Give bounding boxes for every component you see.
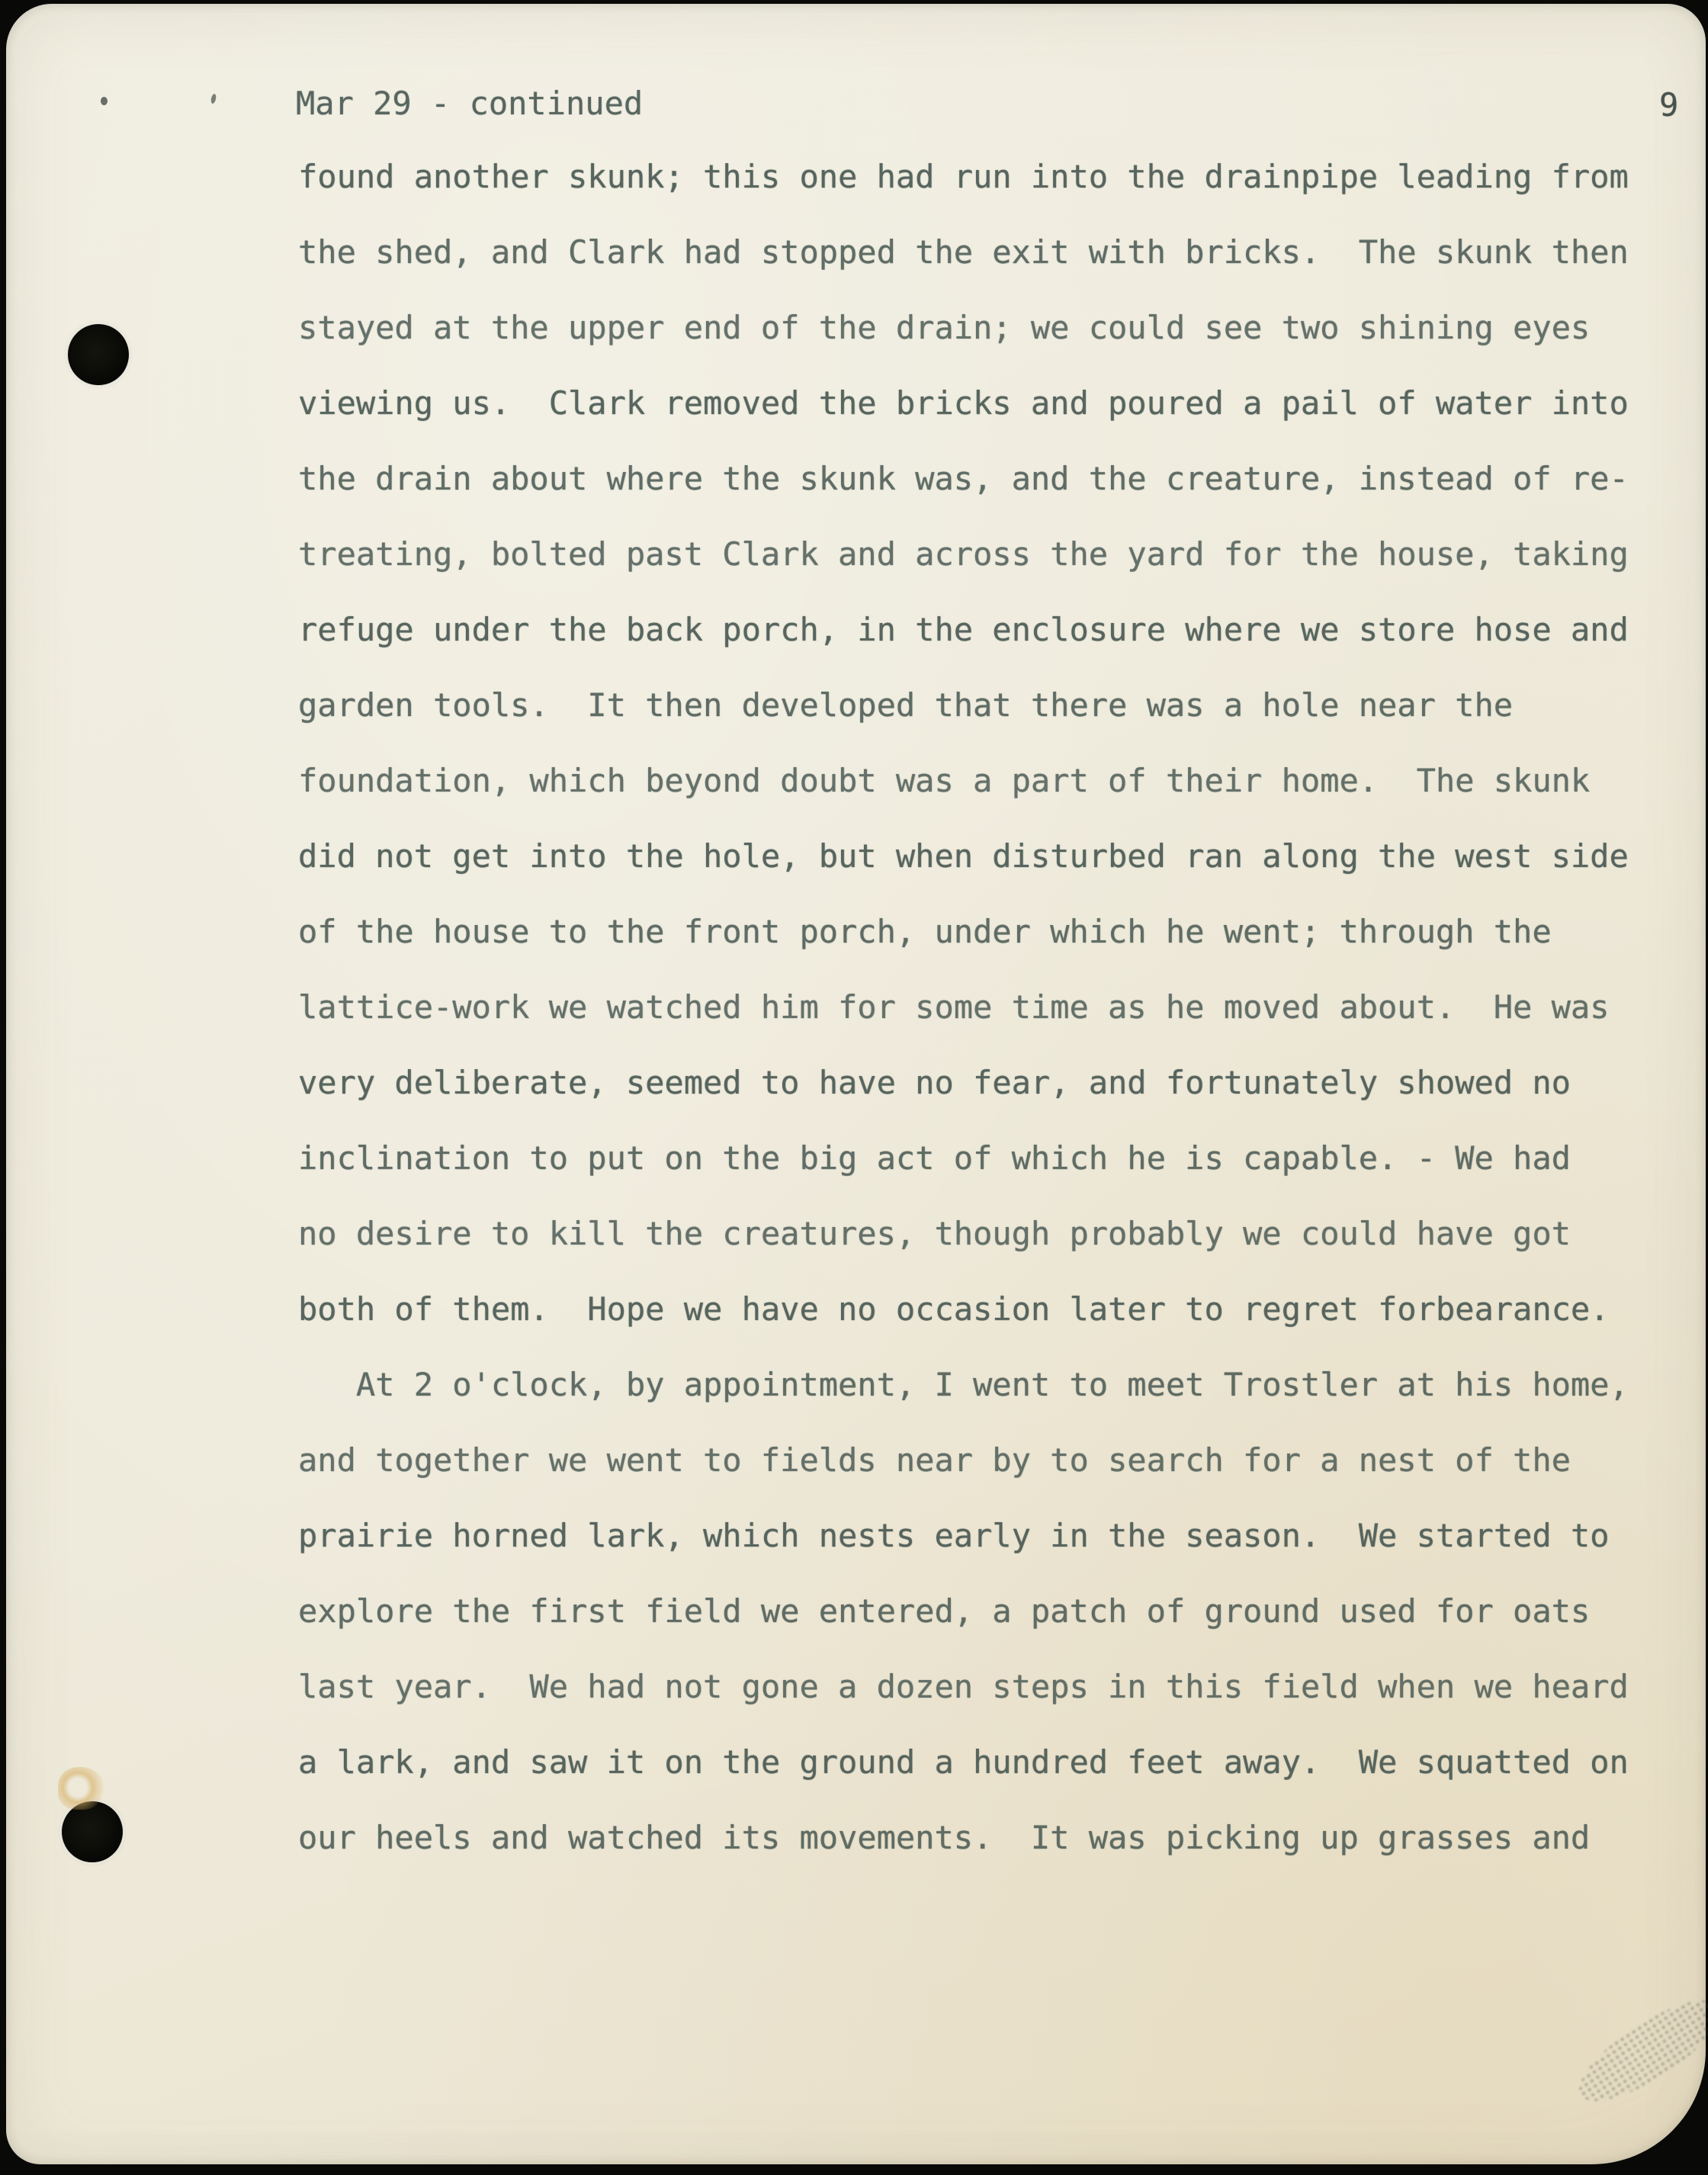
typed-line: garden tools. It then developed that the…: [298, 688, 1671, 763]
typed-line: our heels and watched its movements. It …: [298, 1820, 1671, 1896]
typed-line: treating, bolted past Clark and across t…: [298, 537, 1671, 612]
typed-line: stayed at the upper end of the drain; we…: [298, 310, 1671, 386]
typed-line: the shed, and Clark had stopped the exit…: [298, 235, 1671, 310]
hole-punch-bottom: [62, 1801, 123, 1862]
typed-line: found another skunk; this one had run in…: [298, 159, 1671, 235]
typed-line: both of them. Hope we have no occasion l…: [298, 1292, 1671, 1367]
typed-line: did not get into the hole, but when dist…: [298, 839, 1671, 914]
paper-stain: [58, 1767, 105, 1810]
page-number: 9: [1659, 89, 1678, 121]
typed-line: the drain about where the skunk was, and…: [298, 461, 1671, 537]
typed-line: viewing us. Clark removed the bricks and…: [298, 386, 1671, 461]
paper-sheet: Mar 29 - continued 9 found another skunk…: [6, 4, 1706, 2164]
corner-smudge: [1566, 1983, 1708, 2118]
hole-punch-top: [68, 324, 129, 385]
typed-line: inclination to put on the big act of whi…: [298, 1141, 1671, 1216]
typed-line: very deliberate, seemed to have no fear,…: [298, 1065, 1671, 1141]
entry-date-header: Mar 29 - continued: [296, 88, 643, 120]
ink-speck: [210, 94, 217, 104]
typed-line: lattice-work we watched him for some tim…: [298, 990, 1671, 1065]
ink-speck: [101, 97, 108, 105]
typed-line: prairie horned lark, which nests early i…: [298, 1518, 1671, 1594]
scanned-document: Mar 29 - continued 9 found another skunk…: [0, 0, 1708, 2175]
typed-line: last year. We had not gone a dozen steps…: [298, 1669, 1671, 1745]
typed-line: foundation, which beyond doubt was a par…: [298, 763, 1671, 839]
typed-line: no desire to kill the creatures, though …: [298, 1216, 1671, 1292]
typed-line: and together we went to fields near by t…: [298, 1443, 1671, 1518]
typed-line: refuge under the back porch, in the encl…: [298, 612, 1671, 688]
typed-line: explore the first field we entered, a pa…: [298, 1594, 1671, 1669]
typed-line: a lark, and saw it on the ground a hundr…: [298, 1745, 1671, 1820]
typed-line: At 2 o'clock, by appointment, I went to …: [298, 1367, 1671, 1443]
typed-text-block: found another skunk; this one had run in…: [298, 159, 1671, 1896]
typed-line: of the house to the front porch, under w…: [298, 914, 1671, 990]
